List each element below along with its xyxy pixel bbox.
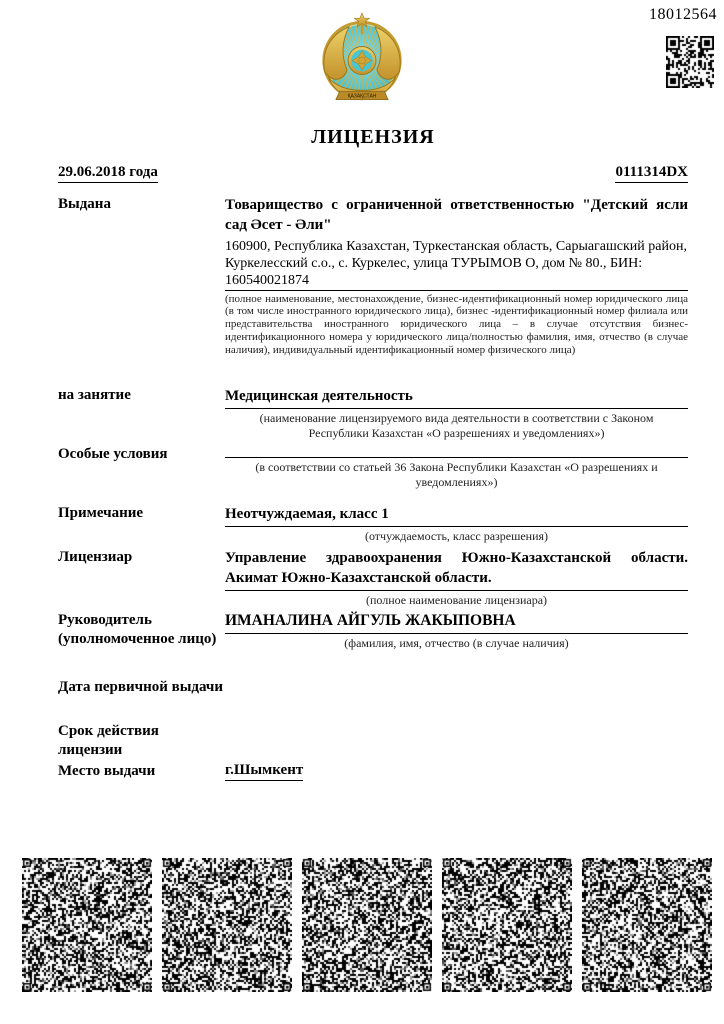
field-caption: (фамилия, имя, отчество (в случае наличи…: [225, 636, 688, 651]
divider-line: [225, 290, 688, 291]
field-label: Примечание: [58, 504, 225, 523]
license-title: ЛИЦЕНЗИЯ: [58, 126, 688, 149]
head-value: ИМАНАЛИНА АЙГУЛЬ ЖАКЫПОВНА: [225, 611, 688, 634]
barcode-strip: [22, 858, 712, 992]
field-caption: (в соответствии со статьей 36 Закона Рес…: [225, 460, 688, 490]
issue-place-value: г.Шымкент: [225, 762, 303, 781]
barcode-block-icon: [302, 858, 432, 992]
field-label: Дата первичной выдачи: [58, 678, 258, 697]
barcode-block-icon: [442, 858, 572, 992]
doc-number: 18012564: [649, 6, 717, 24]
barcode-block-icon: [22, 858, 152, 992]
field-caption: (полное наименование, местонахождение, б…: [225, 293, 688, 357]
field-label: Выдана: [58, 195, 225, 214]
date-row: 29.06.2018 года 0111314DX: [58, 164, 688, 183]
field-caption: (наименование лицензируемого вида деятел…: [225, 411, 688, 441]
field-row-special-conditions: Особые условия (в соответствии со статье…: [58, 445, 688, 490]
field-label: Особые условия: [58, 445, 225, 464]
field-row-note: Примечание Неотчуждаемая, класс 1 (отчуж…: [58, 504, 688, 544]
barcode-block-icon: [582, 858, 712, 992]
field-row-activity: на занятие Медицинская деятельность (наи…: [58, 386, 688, 441]
field-row-head: Руководитель (уполномоченное лицо) ИМАНА…: [58, 611, 688, 651]
field-row-licensor: Лицензиар Управление здравоохранения Южн…: [58, 548, 688, 608]
qr-code-icon: [666, 36, 714, 88]
field-row-issue-place: Место выдачи г.Шымкент: [58, 762, 688, 781]
activity-value: Медицинская деятельность: [225, 386, 688, 409]
emblem-banner-text: ҚАЗАҚСТАН: [348, 93, 377, 99]
field-label: Руководитель (уполномоченное лицо): [58, 611, 225, 649]
field-row-issued-to: Выдана Товарищество с ограниченной ответ…: [58, 195, 688, 357]
kazakhstan-emblem-icon: ҚАЗАҚСТАН: [315, 12, 409, 109]
licensor-value-line1: Управление здравоохранения Южно-Казахста…: [225, 548, 688, 568]
license-document: 18012564 ҚАЗАҚСТАН ЛИ: [0, 0, 724, 1024]
field-caption: (отчуждаемость, класс разрешения): [225, 529, 688, 544]
field-label: на занятие: [58, 386, 225, 405]
field-caption: (полное наименование лицензиара): [225, 593, 688, 608]
licensor-value-line2: Акимат Южно-Казахстанской области.: [225, 568, 688, 588]
special-conditions-value: [225, 445, 688, 458]
field-label: Лицензиар: [58, 548, 225, 567]
issued-to-address: 160900, Республика Казахстан, Туркестанс…: [225, 238, 688, 290]
issue-date: 29.06.2018 года: [58, 164, 158, 183]
barcode-block-icon: [162, 858, 292, 992]
field-label: Место выдачи: [58, 762, 225, 781]
issued-to-name: Товарищество с ограниченной ответственно…: [225, 195, 688, 235]
note-value: Неотчуждаемая, класс 1: [225, 504, 688, 527]
field-label: Срок действия лицензии: [58, 722, 178, 760]
license-number: 0111314DX: [615, 164, 688, 183]
